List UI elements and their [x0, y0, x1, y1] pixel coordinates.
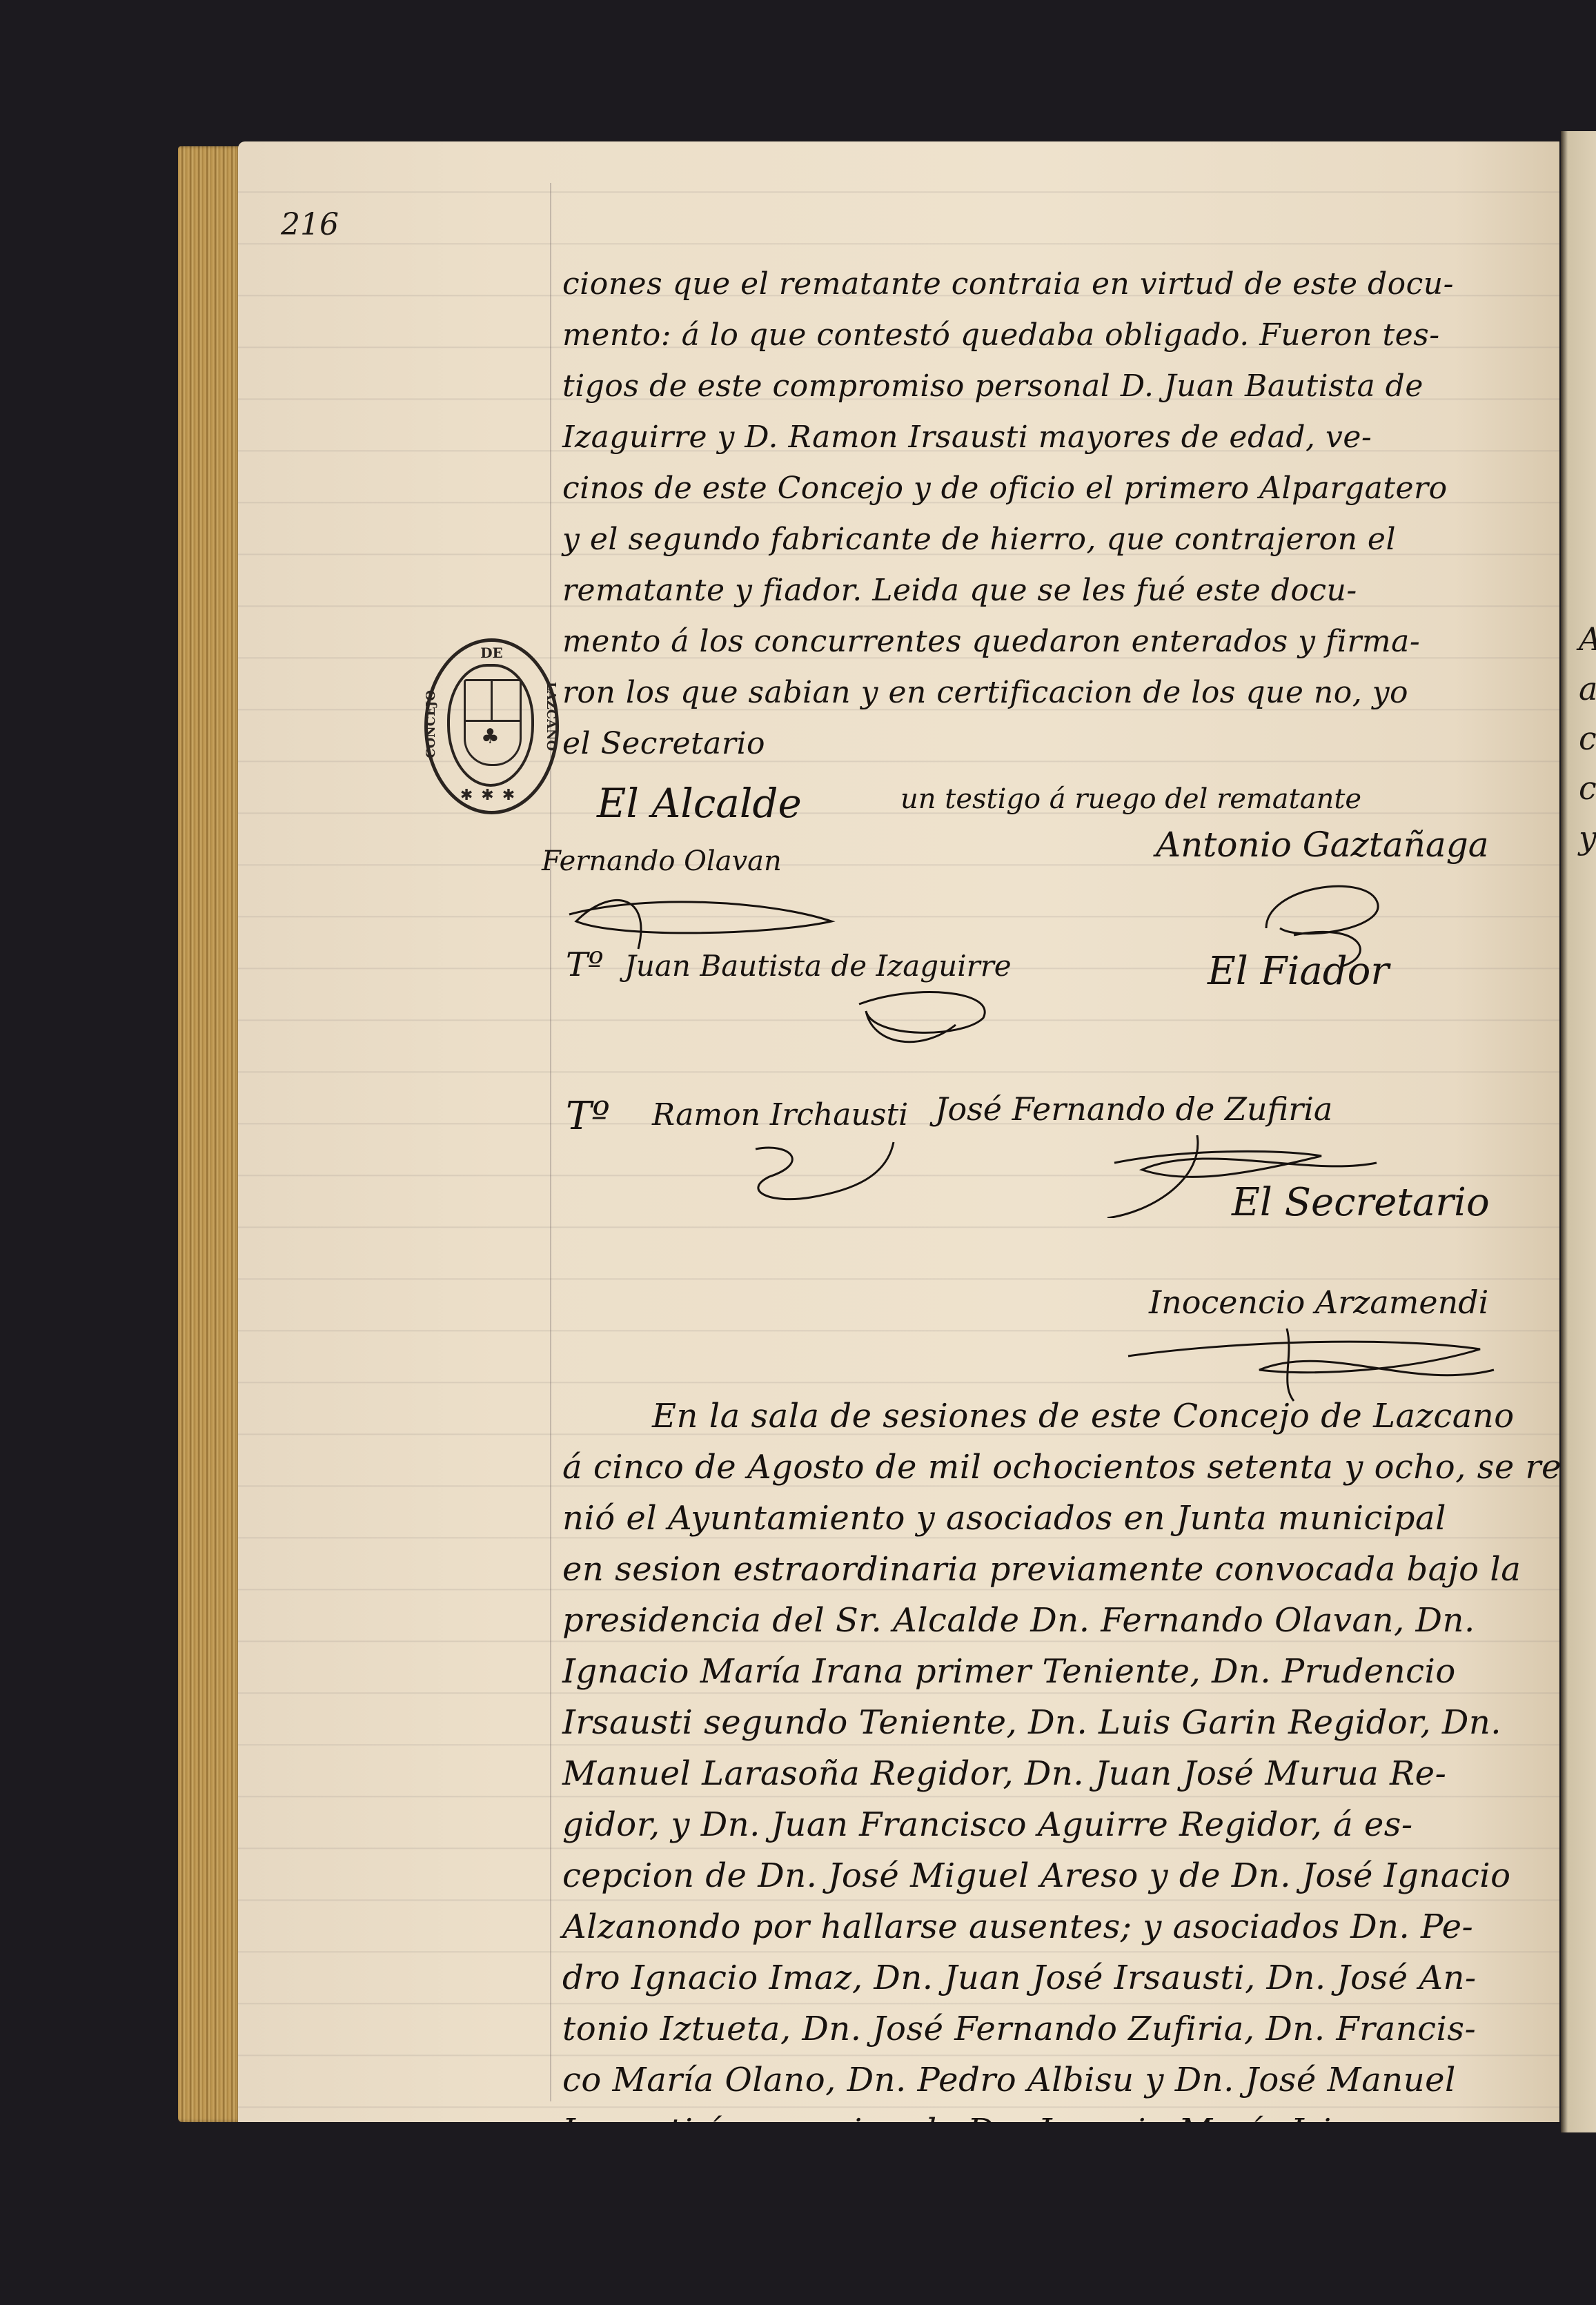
- seal-text-right: LAZCANO: [544, 682, 558, 751]
- text-line: Izaguirre y D. Ramon Irsausti mayores de…: [562, 412, 1542, 463]
- text-fragment: y: [1579, 819, 1596, 856]
- fiador-label: El Fiador: [1208, 949, 1389, 994]
- text-fragment: c: [1579, 769, 1596, 807]
- witness-label: un testigo á ruego del rematante: [900, 783, 1361, 815]
- alcalde-label: El Alcalde: [597, 780, 802, 827]
- text-line: rematante y fiador. Leida que se les fué…: [562, 565, 1542, 616]
- text-line: En la sala de sesiones de este Concejo d…: [562, 1391, 1542, 1442]
- manuscript-page: 216 ciones que el rematante contraia en …: [238, 141, 1559, 2122]
- text-line: nió el Ayuntamiento y asociados en Junta…: [562, 1493, 1542, 1544]
- text-line: Manuel Larasoña Regidor, Dn. Juan José M…: [562, 1748, 1542, 1799]
- testigo2-flourish: [728, 1135, 907, 1211]
- concejo-seal-stamp: DE CONCEJO LAZCANO ♣ ✱✱✱: [424, 638, 559, 814]
- text-line: presidencia del Sr. Alcalde Dn. Fernando…: [562, 1595, 1542, 1646]
- text-line: Irsausti segundo Teniente, Dn. Luis Gari…: [562, 1697, 1542, 1748]
- seal-inner-ring: ♣: [447, 664, 534, 787]
- text-fragment: c: [1579, 720, 1596, 757]
- text-line: cepcion de Dn. José Miguel Areso y de Dn…: [562, 1850, 1542, 1901]
- paragraph-session-minutes: En la sala de sesiones de este Concejo d…: [562, 1259, 1542, 2122]
- text-line: ron los que sabian y en certificacion de…: [562, 667, 1542, 718]
- book-scan: 216 ciones que el rematante contraia en …: [0, 0, 1596, 2305]
- seal-stars-icon: ✱✱✱: [428, 787, 555, 804]
- testigo2-prefix: Tº: [566, 1094, 610, 1139]
- testigo1-prefix: Tº: [566, 945, 604, 984]
- seal-text-top: DE: [428, 645, 555, 661]
- page-edges-stack: [178, 146, 244, 2122]
- paragraph-contract-closing: ciones que el rematante contraia en virt…: [562, 259, 1542, 769]
- alcalde-flourish: [562, 873, 852, 956]
- text-line: Irsausti á escepcion de Dn. Joaquin Marí…: [562, 2106, 1542, 2122]
- facing-page-text: A a c c y: [1579, 614, 1596, 863]
- testigo1-flourish: [845, 983, 1011, 1052]
- page-number: 216: [281, 207, 339, 242]
- testigo2-signature: Ramon Irchausti: [652, 1097, 908, 1132]
- text-line: á cinco de Agosto de mil ochocientos set…: [562, 1442, 1542, 1493]
- text-line: mento á los concurrentes quedaron entera…: [562, 616, 1542, 667]
- text-line: dro Ignacio Imaz, Dn. Juan José Irsausti…: [562, 1952, 1542, 2003]
- text-line: mento: á lo que contestó quedaba obligad…: [562, 310, 1542, 361]
- seal-text-left: CONCEJO: [424, 690, 438, 758]
- fiador-signature: José Fernando de Zufiria: [935, 1090, 1332, 1128]
- text-line: Ignacio María Irana primer Teniente, Dn.…: [562, 1646, 1542, 1697]
- witness-signature: Antonio Gaztañaga: [1156, 825, 1489, 865]
- facing-page-edge: A a c c y: [1561, 131, 1596, 2132]
- text-line: cinos de este Concejo y de oficio el pri…: [562, 463, 1542, 514]
- secretario-label: El Secretario: [1232, 1180, 1490, 1225]
- text-line: y el segundo fabricante de hierro, que c…: [562, 514, 1542, 565]
- text-line: tonio Iztueta, Dn. José Fernando Zufiria…: [562, 2003, 1542, 2054]
- text-line: tigos de este compromiso personal D. Jua…: [562, 361, 1542, 412]
- text-line: co María Olano, Dn. Pedro Albisu y Dn. J…: [562, 2054, 1542, 2106]
- coat-of-arms-icon: ♣: [464, 679, 522, 766]
- text-line: el Secretario: [562, 718, 1542, 769]
- text-fragment: A: [1579, 620, 1596, 658]
- tree-icon: ♣: [481, 727, 500, 747]
- text-fragment: a: [1579, 670, 1596, 707]
- testigo1-signature: Juan Bautista de Izaguirre: [624, 949, 1012, 983]
- text-line: gidor, y Dn. Juan Francisco Aguirre Regi…: [562, 1799, 1542, 1850]
- margin-rule-line: [550, 183, 551, 2101]
- text-line: Alzanondo por hallarse ausentes; y asoci…: [562, 1901, 1542, 1952]
- text-line: ciones que el rematante contraia en virt…: [562, 259, 1542, 310]
- text-line: en sesion estraordinaria previamente con…: [562, 1544, 1542, 1595]
